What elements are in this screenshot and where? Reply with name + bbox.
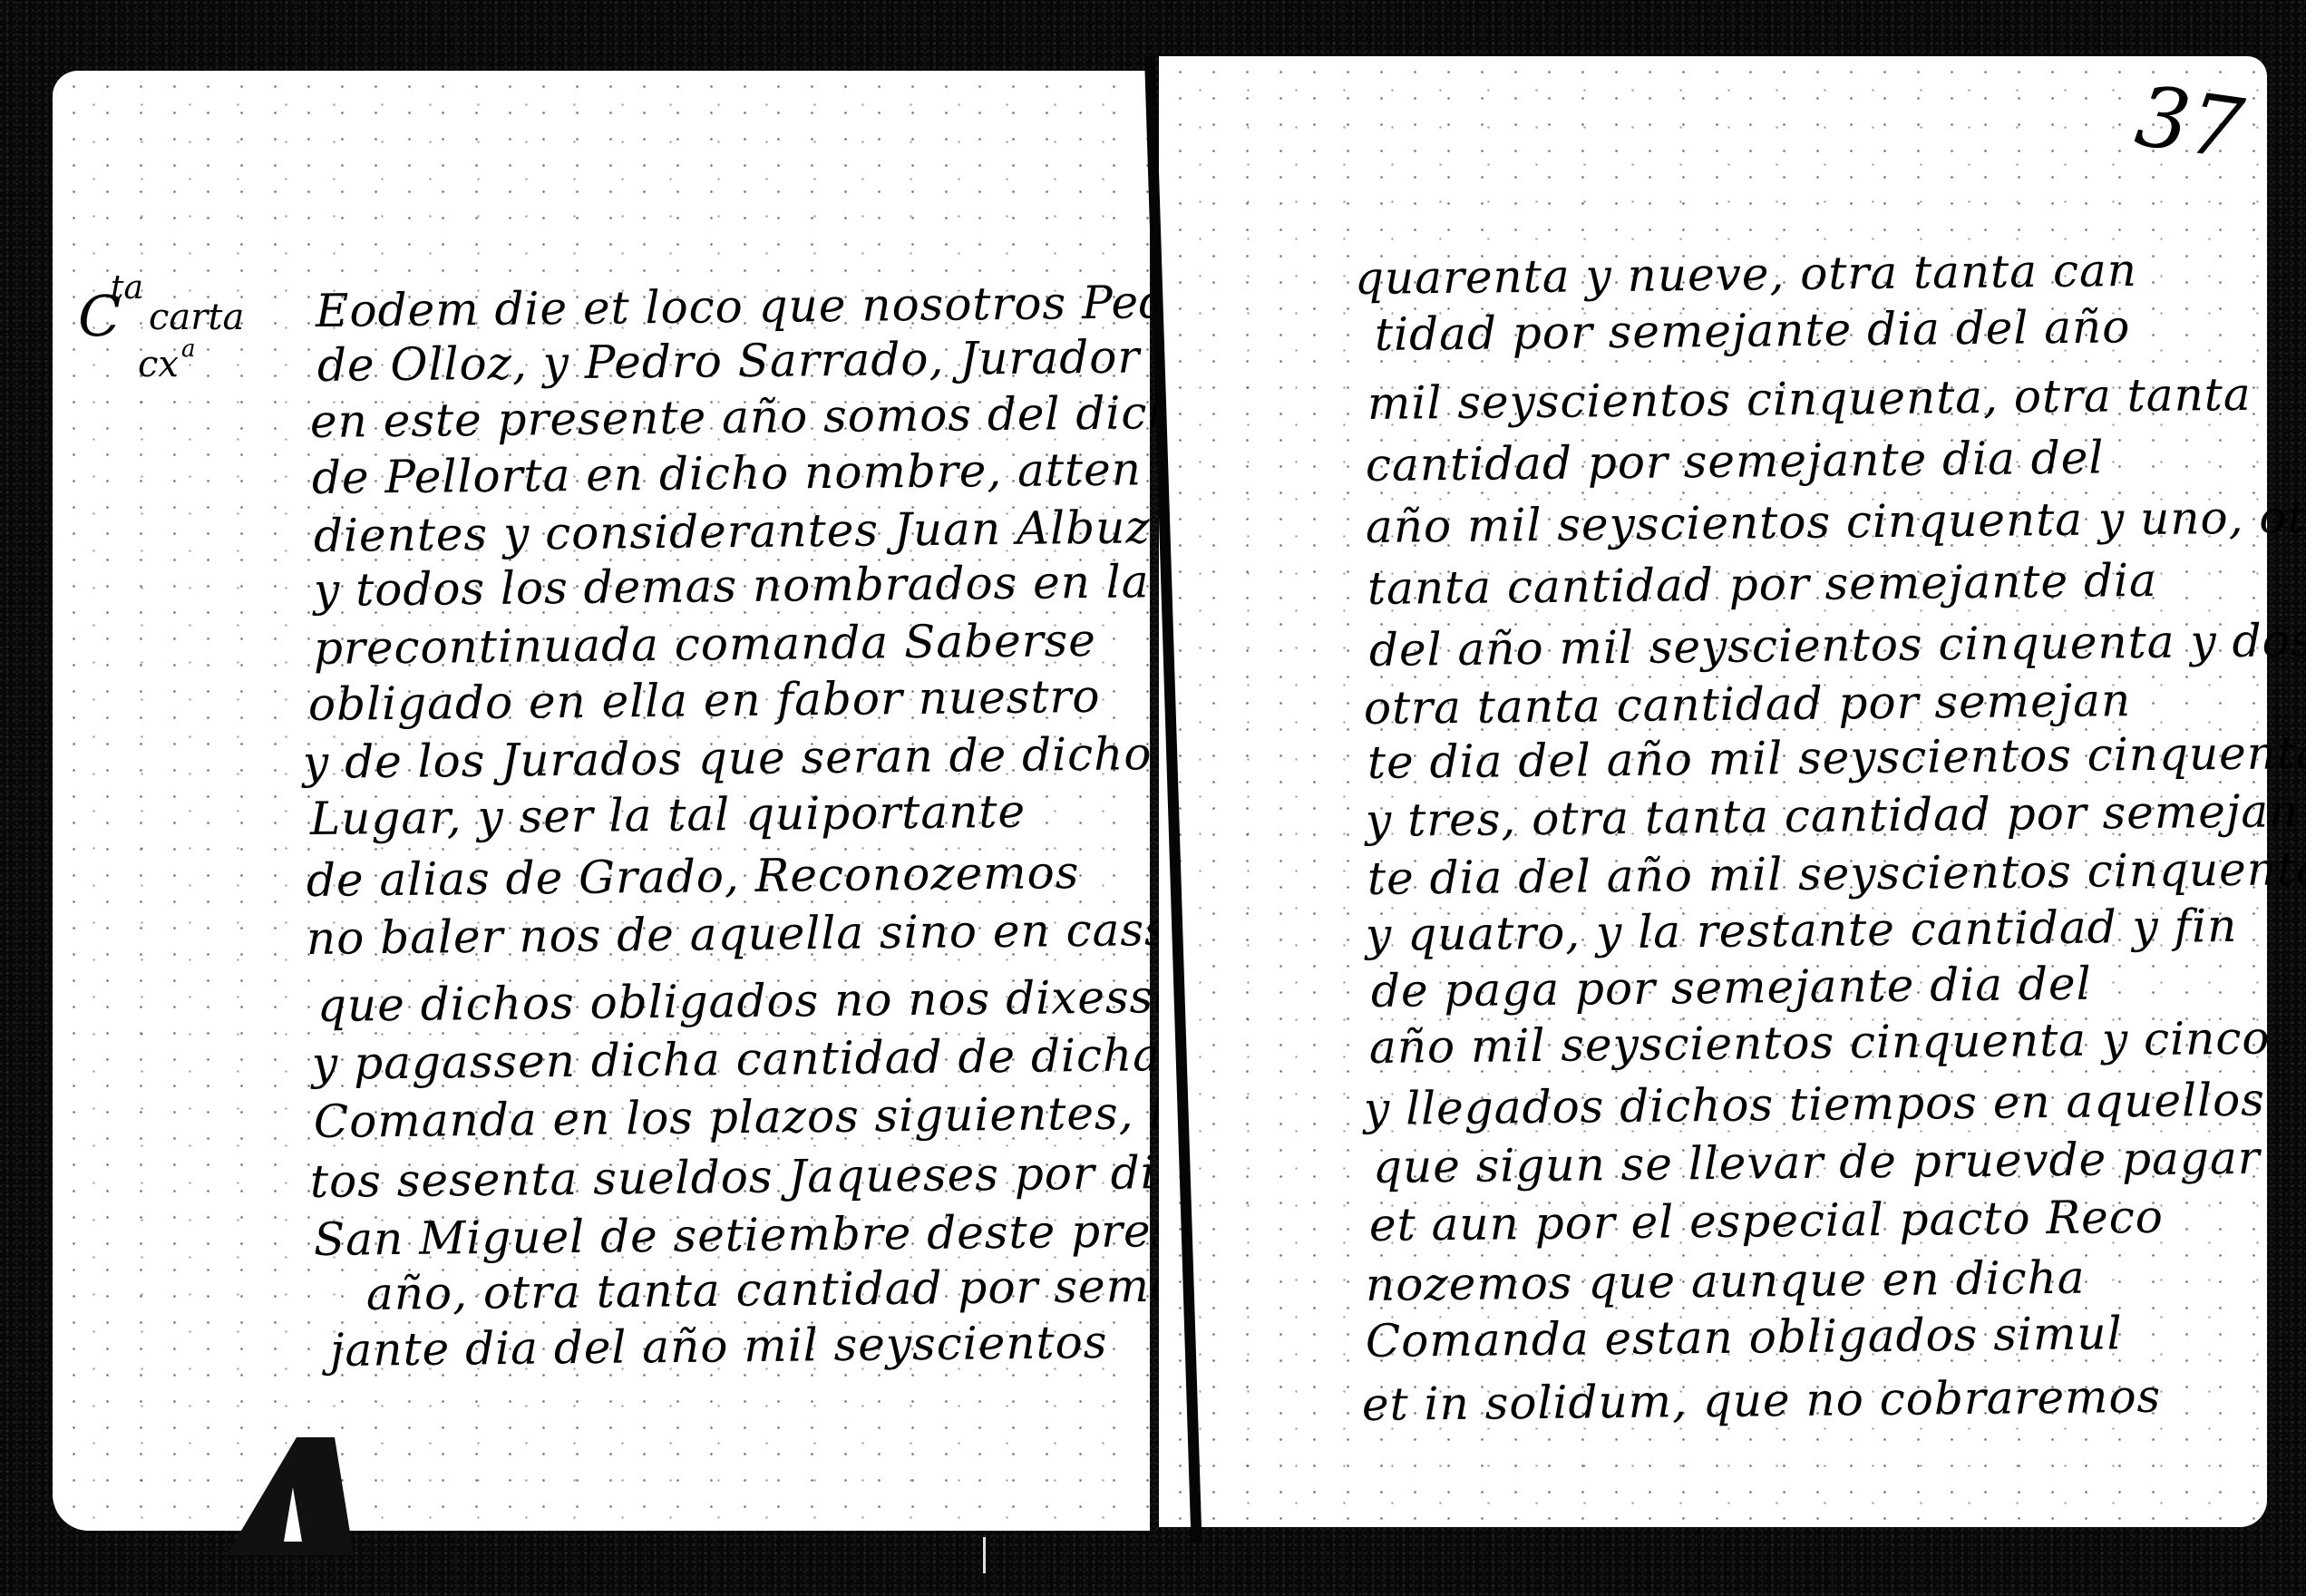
- right-line-2: tidad por semejante dia del año: [1375, 304, 2131, 357]
- margin-note-cx: cx: [138, 346, 179, 383]
- margin-note-cx-superscript: a: [181, 337, 196, 361]
- left-line-11: de alias de Grado, Reconozemos: [306, 850, 1080, 903]
- left-line-12: no baler nos de aquella sino en casso: [306, 907, 1197, 961]
- left-line-4: de Pellorta en dicho nombre, atten: [312, 446, 1142, 501]
- right-line-18: nozemos que aunque en dicha: [1366, 1255, 2086, 1308]
- left-line-8: obligado en ella en fabor nuestro: [308, 674, 1101, 727]
- folio-number: 37: [2130, 67, 2249, 178]
- right-line-6: tanta cantidad por semejante dia: [1367, 558, 2157, 611]
- right-line-19: Comanda estan obligados simul: [1366, 1310, 2123, 1364]
- right-line-3: mil seyscientos cinquenta, otra tanta: [1367, 372, 2252, 426]
- margin-note-carta: carta: [149, 299, 244, 336]
- left-line-17: San Miguel de setiembre deste presente: [314, 1207, 1280, 1262]
- right-line-14: año mil seyscientos cinquenta y cinco: [1369, 1016, 2271, 1070]
- left-line-6: y todos los demas nombrados en la: [314, 559, 1150, 613]
- margin-note-superscript: ta: [111, 272, 143, 305]
- left-line-9: y de los Jurados que seran de dicho: [303, 731, 1153, 785]
- right-line-4: cantidad por semejante dia del: [1366, 434, 2105, 488]
- right-line-17: et aun por el especial pacto Reco: [1369, 1194, 2164, 1248]
- right-line-8: otra tanta cantidad por semejan: [1364, 677, 2132, 731]
- left-line-14: y pagassen dicha cantidad de dicha: [312, 1032, 1161, 1086]
- right-line-20: et in solidum, que no cobraremos: [1362, 1374, 2162, 1427]
- left-line-16: tos sesenta sueldos Jaqueses por dia de: [310, 1149, 1257, 1204]
- left-line-10: Lugar, y ser la tal quiportante: [310, 789, 1027, 842]
- right-line-15: y llegados dichos tiempos en aquellos: [1364, 1077, 2265, 1132]
- left-line-7: precontinuada comanda Saberse: [314, 618, 1096, 671]
- right-line-7: del año mil seyscientos cinquenta y dos,: [1369, 618, 2306, 673]
- right-line-16: que sigun se llevar de pruevde pagar: [1373, 1135, 2261, 1190]
- left-line-13: que dichos obligados no nos dixessen: [317, 974, 1212, 1028]
- left-line-18: año, otra tanta cantidad por seme: [366, 1263, 1178, 1317]
- right-line-9: te dia del año mil seyscientos cinquenta: [1367, 730, 2306, 785]
- right-line-1: quarenta y nueve, otra tanta can: [1355, 248, 2137, 301]
- left-line-5: dientes y considerantes Juan Albuz: [314, 504, 1151, 559]
- right-line-11: te dia del año mil seyscientos cinquenta: [1367, 846, 2306, 901]
- right-line-12: y quatro, y la restante cantidad y fin: [1366, 903, 2238, 958]
- left-line-19: jante dia del año mil seyscientos: [330, 1319, 1108, 1373]
- left-line-2: de Olloz, y Pedro Sarrado, Jurador que: [317, 333, 1243, 388]
- left-line-1: Eodem die et loco que nosotros Pedro: [316, 279, 1221, 334]
- right-line-10: y tres, otra tanta cantidad por semejan: [1366, 788, 2300, 843]
- scan-artifact-mark: [983, 1537, 986, 1573]
- right-line-13: de paga por semejante dia del: [1371, 961, 2092, 1014]
- right-line-5: año mil seyscientos cinquenta y uno, otr…: [1366, 494, 2306, 550]
